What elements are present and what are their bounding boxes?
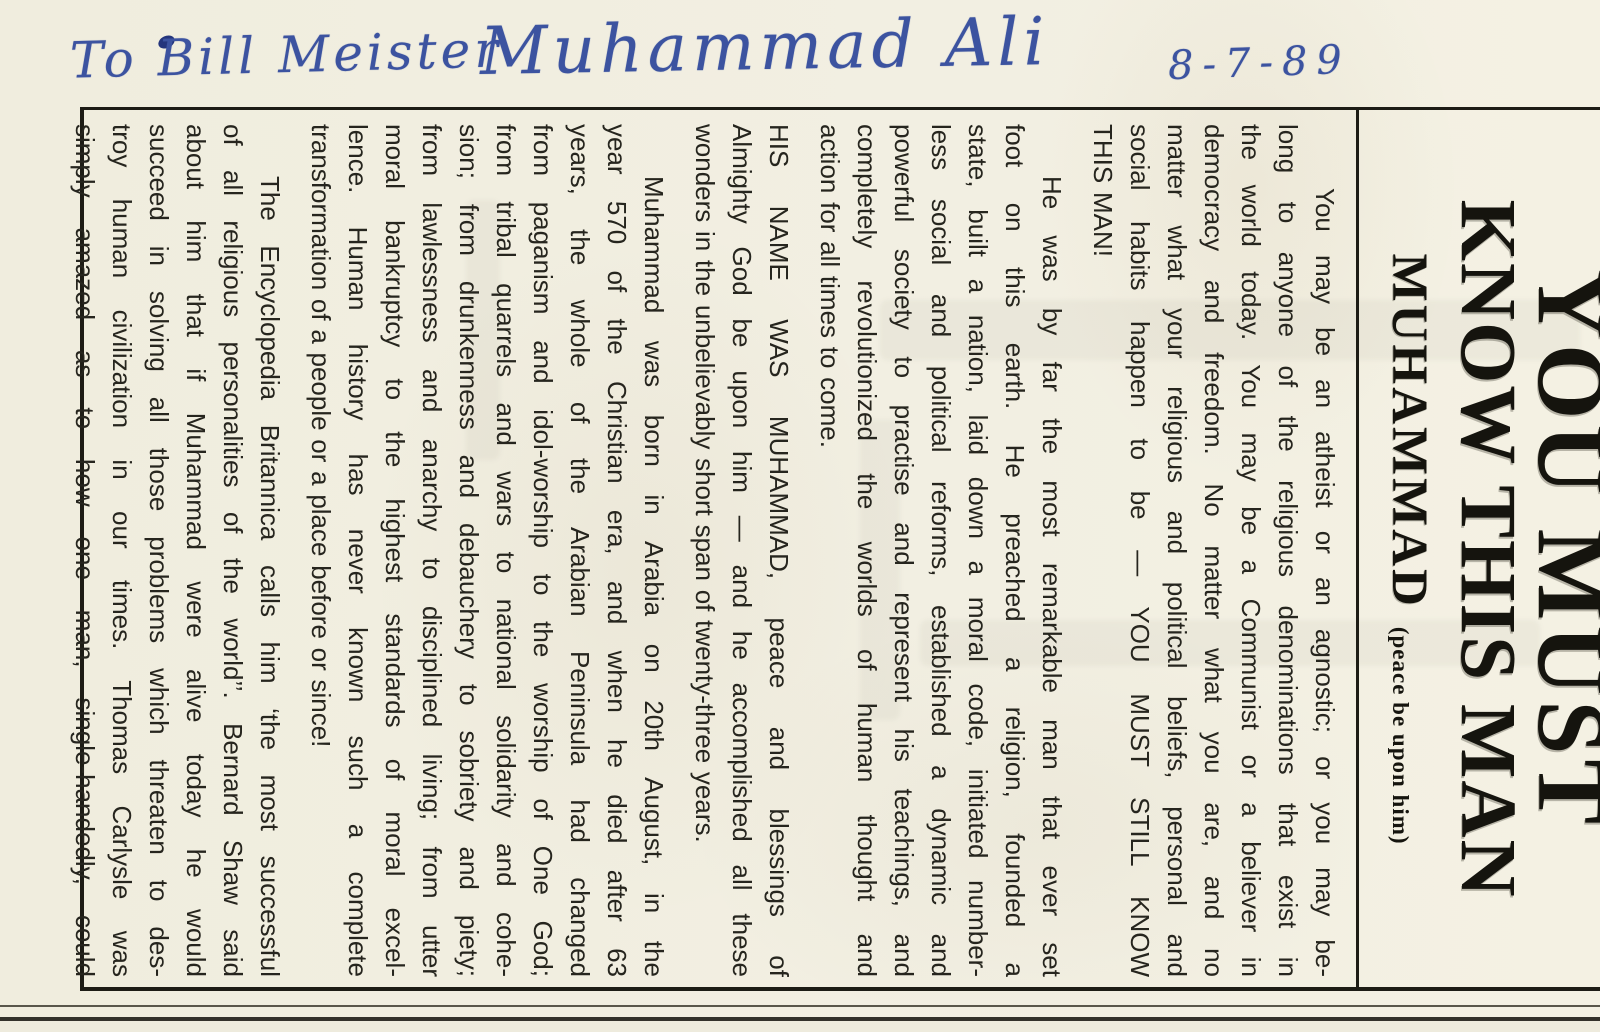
paragraph: You may be an atheist or an agnostic; or… <box>1084 124 1343 977</box>
text-line: moral bankruptcy to the highest standard… <box>376 124 413 977</box>
text-line: Muhammad was born in Arabia on 20th Augu… <box>635 124 672 977</box>
text-line: long to anyone of the religious denomina… <box>1269 124 1306 977</box>
frame-rule-right <box>80 987 1600 991</box>
text-line: powerful society to practise and represe… <box>885 124 922 977</box>
text-line: lence. Human history has never known suc… <box>339 124 376 977</box>
paragraph: Muhammad was born in Arabia on 20th Augu… <box>302 124 672 977</box>
text-line: THIS MAN! <box>1084 124 1121 977</box>
text-line: foot on this earth. He preached a religi… <box>996 124 1033 977</box>
title-name-row: MUHAMMAD (peace be upon him) <box>1380 110 1438 988</box>
pamphlet-sheet: YOU MUST KNOW THIS MAN MUHAMMAD (peace b… <box>0 0 1600 1032</box>
underlying-page-strip <box>0 1021 1600 1032</box>
text-line: simply amazed as to how one man, single-… <box>66 124 103 977</box>
title-name: MUHAMMAD <box>1381 253 1437 608</box>
autograph-inscription: To Bill Meister Muhammad Ali 8-7-89 <box>0 0 1600 115</box>
text-line: matter what your religious and political… <box>1158 124 1195 977</box>
text-line: state, built a nation, laid down a moral… <box>959 124 996 977</box>
paragraph: He was by far the most remarkable man th… <box>811 124 1070 977</box>
text-line: completely revolutionized the worlds of … <box>848 124 885 977</box>
page-title-line1: YOU MUST <box>1529 110 1600 988</box>
text-line: transformation of a people or a place be… <box>302 124 339 977</box>
title-subtitle: (peace be upon him) <box>1388 627 1413 845</box>
masthead: YOU MUST KNOW THIS MAN MUHAMMAD (peace b… <box>1380 110 1600 988</box>
text-line: social habits happen to be — YOU MUST ST… <box>1121 124 1158 977</box>
text-line: HIS NAME WAS MUHAMMAD, peace and blessin… <box>760 124 797 977</box>
text-line: from paganism and idol-worship to the wo… <box>524 124 561 977</box>
text-line: You may be an atheist or an agnostic; or… <box>1306 124 1343 977</box>
text-line: less social and political reforms, estab… <box>922 124 959 977</box>
text-line: Almighty God be upon him — and he accomp… <box>723 124 760 977</box>
paper-edge-line <box>0 1005 1600 1007</box>
page-title-line2: KNOW THIS MAN <box>1450 110 1525 988</box>
paragraph: The Encyclopedia Britannica calls him ‘t… <box>66 124 288 977</box>
dedication-text: To Bill Meister <box>69 20 502 89</box>
text-line: wonders in the unbelievably short span o… <box>686 124 723 977</box>
text-line: from lawlessness and anarchy to discipli… <box>413 124 450 977</box>
text-line: year 570 of the Christian era, and when … <box>598 124 635 977</box>
date-text: 8-7-89 <box>1167 37 1351 89</box>
title-separator-rule <box>1356 107 1359 991</box>
text-line: troy human civilization in our times. Th… <box>103 124 140 977</box>
text-line: years, the whole of the Arabian Peninsul… <box>561 124 598 977</box>
paragraph: HIS NAME WAS MUHAMMAD, peace and blessin… <box>686 124 797 977</box>
article-body: You may be an atheist or an agnostic; or… <box>66 124 1343 977</box>
text-line: sion; from drunkenness and debauchery to… <box>450 124 487 977</box>
text-line: the world today. You may be a Communist … <box>1232 124 1269 977</box>
text-line: democracy and freedom. No matter what yo… <box>1195 124 1232 977</box>
text-line: action for all times to come. <box>811 124 848 977</box>
text-line: of all religious personalities of the wo… <box>214 124 251 977</box>
text-line: from tribal quarrels and wars to nationa… <box>487 124 524 977</box>
scanned-pamphlet-page: YOU MUST KNOW THIS MAN MUHAMMAD (peace b… <box>0 0 1600 1032</box>
text-line: succeed in solving all those problems wh… <box>140 124 177 977</box>
text-line: The Encyclopedia Britannica calls him ‘t… <box>251 124 288 977</box>
text-line: He was by far the most remarkable man th… <box>1033 124 1070 977</box>
text-line: about him that if Muhammad were alive to… <box>177 124 214 977</box>
signature-text: Muhammad Ali <box>479 3 1050 90</box>
